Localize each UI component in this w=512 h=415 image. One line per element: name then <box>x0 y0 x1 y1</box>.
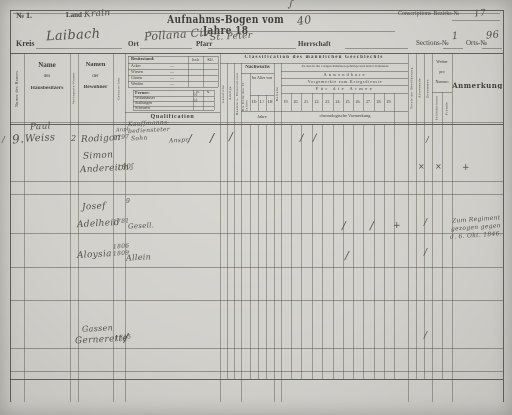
besitz-row: Weiden <box>131 82 175 86</box>
anwendbare-band: Anwendbare <box>282 73 408 78</box>
column-wohnpart-number: Wohnparts-Numer <box>70 53 78 124</box>
ink-mark: / <box>345 250 349 261</box>
grid-line <box>241 111 408 112</box>
grid-line <box>125 112 220 113</box>
handwriting-entry: Gesell. <box>128 222 155 230</box>
chronological-band: chronologische Vormerkung <box>282 114 408 119</box>
vcol-bis-15: Bis Ende des 15. Jahres <box>241 73 250 111</box>
ink-mark: / <box>188 133 192 144</box>
jahre-band: Jahre <box>250 115 274 120</box>
vcol-befreite: Befreite <box>274 63 281 124</box>
ink-mark: / <box>2 136 5 144</box>
grid-line <box>188 56 189 87</box>
grid-line <box>250 95 274 96</box>
ink-mark: / <box>124 332 128 344</box>
grid-line <box>333 93 334 111</box>
ink-mark: + <box>462 164 470 173</box>
grid-line <box>140 48 192 49</box>
weiber-line2: pro <box>432 70 452 74</box>
grid-line <box>10 194 503 195</box>
grid-line <box>384 93 385 111</box>
grid-line <box>281 85 408 86</box>
age-col: 26. <box>353 100 363 104</box>
grid-line <box>234 63 235 379</box>
handwriting-entry: 96 <box>486 30 500 41</box>
grid-line <box>220 63 408 64</box>
grid-line <box>343 93 344 111</box>
ferner-row: Wohnhäuser <box>135 96 190 100</box>
handwriting-entry: Anspr. <box>169 137 190 144</box>
grid-line <box>443 48 463 49</box>
handwriting-entry: Paul <box>30 122 51 132</box>
grid-line <box>128 56 129 87</box>
handwriting-entry: bediensteter <box>128 127 170 135</box>
group-line1: Zu den in die vorigen Rubriken gehörige … <box>282 65 408 69</box>
grid-line <box>416 53 417 379</box>
grid-line <box>128 87 218 88</box>
qualification-band: Qualification <box>125 114 220 120</box>
grid-line <box>345 48 408 49</box>
handwriting-entry: d. 6. Okt. 1846. <box>450 231 502 241</box>
age-col: 20. <box>291 100 301 104</box>
grid-line <box>322 124 323 379</box>
anmerkung-header: Anmerkung <box>452 82 503 89</box>
besitz-row: Äcker <box>131 64 175 68</box>
grid-line <box>281 63 282 402</box>
age-col: 28. <box>374 100 384 104</box>
grid-line <box>408 53 409 402</box>
weiber-col-inland: Inländerinnen <box>432 92 442 124</box>
grid-line <box>10 122 503 123</box>
column-bewohner-line2: der <box>78 74 113 79</box>
handwriting-entry: 40 <box>296 14 312 27</box>
ink-mark: / <box>229 131 233 142</box>
handwriting-entry: Weiss <box>25 133 56 145</box>
handwriting-entry: 1797 <box>113 134 130 141</box>
grid-line <box>266 95 267 111</box>
classification-title: Classification des männlichen Geschlecht… <box>220 55 408 60</box>
age-col: 22. <box>312 100 322 104</box>
ink-mark: / <box>370 220 374 231</box>
age-col: 19. <box>281 100 291 104</box>
grid-line <box>482 48 502 49</box>
grid-line <box>250 73 251 111</box>
grid-line <box>10 181 503 182</box>
ferner-col2: N. <box>203 91 214 95</box>
besitz-dash: — <box>170 76 182 80</box>
column-bewohner-line3: Bewohner <box>78 85 113 91</box>
grid-line <box>442 92 443 379</box>
handwriting-entry: ∫ <box>287 0 294 10</box>
handwriting-entry: ½ <box>193 99 198 104</box>
grid-line <box>281 78 408 79</box>
grid-line <box>503 10 504 402</box>
handwriting-entry: 2 <box>71 135 76 143</box>
grid-line <box>374 124 375 379</box>
besitz-row: Wiesen <box>131 70 175 74</box>
handwriting-entry: Krain <box>84 9 111 20</box>
grid-line <box>274 63 275 402</box>
column-owner-line2: des <box>24 74 70 79</box>
grid-line <box>24 53 25 402</box>
grid-line <box>241 73 274 74</box>
grid-line <box>312 93 313 111</box>
grid-line <box>10 233 503 234</box>
age-17: 17 <box>258 100 266 105</box>
grid-line <box>10 300 503 301</box>
herrschaft-label: Herrschaft <box>298 41 344 48</box>
besitz-dash: — <box>170 64 182 68</box>
grid-line <box>10 267 503 268</box>
column-birth-year: Geburts-Jahr <box>113 53 125 124</box>
grid-line <box>363 124 364 379</box>
fuer-armee-band: Für die Armee <box>282 87 408 92</box>
vcol-geistliche: Geistliche <box>220 63 227 124</box>
grid-line <box>70 53 71 402</box>
grid-line <box>133 90 214 91</box>
grid-line <box>133 96 214 97</box>
grid-line <box>220 53 221 402</box>
ink-mark: / <box>313 134 316 144</box>
grid-line <box>291 124 292 379</box>
grid-line <box>258 124 259 379</box>
age-col: 25. <box>343 100 353 104</box>
grid-line <box>322 93 323 111</box>
grid-line <box>266 124 267 379</box>
grid-line <box>301 93 302 111</box>
besitz-title: Besitzstand: <box>131 57 183 62</box>
grid-line <box>241 63 242 402</box>
handwriting-entry: 180ʃ <box>117 163 134 171</box>
column-bewohner-line1: Namen <box>78 62 113 69</box>
handwriting-entry: Allein <box>126 253 152 262</box>
grid-line <box>384 124 385 379</box>
grid-line <box>128 63 218 64</box>
column-house-number: Numer des Hauses <box>10 53 24 124</box>
grid-line <box>128 75 218 76</box>
weiber-col-fremde: Fremde <box>442 92 452 124</box>
age-16: 16 <box>250 100 258 105</box>
grid-line <box>363 93 364 111</box>
age-col: 24. <box>333 100 343 104</box>
grid-line <box>214 90 215 110</box>
grid-line <box>203 56 204 87</box>
grid-line <box>353 93 354 111</box>
handwriting-entry: Pollana Civ. <box>144 27 213 43</box>
grid-line <box>10 124 503 125</box>
grid-line <box>394 93 395 379</box>
vcol-zusammen: Zusammen <box>424 53 432 124</box>
grid-line <box>128 81 218 82</box>
age-18: 18 <box>266 100 274 105</box>
grid-line <box>133 110 214 111</box>
grid-line <box>133 90 134 110</box>
grid-line <box>374 93 375 111</box>
besitz-col-joch: Joch <box>188 58 203 62</box>
im-alter-von: Im Alter von <box>250 76 274 94</box>
vcol-totale: Totale der Bevölkerung <box>408 53 416 124</box>
grid-line <box>208 48 296 49</box>
grid-line <box>10 53 503 54</box>
ink-mark: / <box>342 220 346 231</box>
grid-line <box>203 90 204 110</box>
age-col: 23. <box>322 100 333 104</box>
ink-mark: / <box>424 249 427 258</box>
grid-line <box>291 93 292 111</box>
besitz-col-klafter: Klf. <box>203 58 218 62</box>
weiber-line3: Numero <box>432 80 452 84</box>
ink-mark: / <box>300 134 303 144</box>
handwriting-entry: Gassen <box>82 324 113 334</box>
handwriting-entry: Laibach <box>46 28 101 44</box>
grid-line <box>281 71 408 72</box>
handwriting-entry: 9 <box>126 199 130 205</box>
grid-line <box>133 106 214 107</box>
grid-line <box>128 56 218 57</box>
handwriting-entry: Sohn <box>131 136 148 143</box>
handwriting-entry: 9. <box>11 132 24 145</box>
besitz-row: Gärten <box>131 76 175 80</box>
besitz-dash: — <box>170 70 182 74</box>
age-col: 29. <box>384 100 394 104</box>
vcol-beamte: Beamte u. Honoratioren <box>234 63 241 124</box>
grid-line <box>10 379 503 380</box>
column-owner-line3: Hausbesitzers <box>24 86 70 92</box>
vcol-adelige: Adelige <box>227 63 234 124</box>
ink-mark: / <box>424 219 427 228</box>
grid-line <box>250 124 251 379</box>
column-owner-line1: Name <box>24 62 70 69</box>
handwriting-entry: Josef <box>82 202 106 212</box>
grid-line <box>10 10 11 402</box>
grid-line <box>432 53 433 402</box>
grid-line <box>258 95 259 111</box>
grid-line <box>36 48 122 49</box>
ink-mark: / <box>426 136 429 144</box>
handwriting-entry: 17 <box>474 9 487 19</box>
grid-line <box>301 124 302 379</box>
grid-line <box>227 63 228 379</box>
ink-mark: × <box>435 163 442 171</box>
grid-line <box>353 124 354 379</box>
besitz-dash: — <box>170 82 182 86</box>
vcol-abwesende: Abwesende <box>416 53 424 124</box>
grid-line <box>343 124 344 379</box>
orts-label: Orts-№ <box>466 40 502 47</box>
handwriting-entry: 1 <box>452 32 460 43</box>
handwriting-entry: Simon <box>83 151 114 162</box>
grid-line <box>452 20 500 21</box>
ink-mark: / <box>210 132 214 144</box>
nachwuchs-header: Nachwuchs <box>241 65 274 70</box>
ink-mark: / <box>424 332 427 341</box>
grid-line <box>10 348 503 349</box>
grid-line <box>133 101 214 102</box>
ink-mark: + <box>393 222 401 231</box>
weiber-line1: Weiber <box>432 60 452 64</box>
grid-line <box>128 69 218 70</box>
vorgemerkte-band: Vorgemerkte zum Kriegsdienste <box>282 80 408 84</box>
age-col: 27. <box>363 100 374 104</box>
age-col: 21. <box>301 100 312 104</box>
handwriting-entry: Aloysia <box>77 250 112 261</box>
handwriting-entry: St. Peter <box>210 32 253 43</box>
ink-mark: × <box>418 163 425 171</box>
grid-line <box>125 53 126 402</box>
grid-line <box>333 124 334 379</box>
grid-line <box>218 56 219 87</box>
census-form-scan: № 1. Land Aufnahms-Bogen vom Jahre 18 Co… <box>0 0 512 415</box>
kreis-label: Kreis <box>16 40 48 48</box>
grid-line <box>312 124 313 379</box>
grid-line <box>10 371 503 372</box>
ferner-row: Stallungen <box>135 101 190 105</box>
